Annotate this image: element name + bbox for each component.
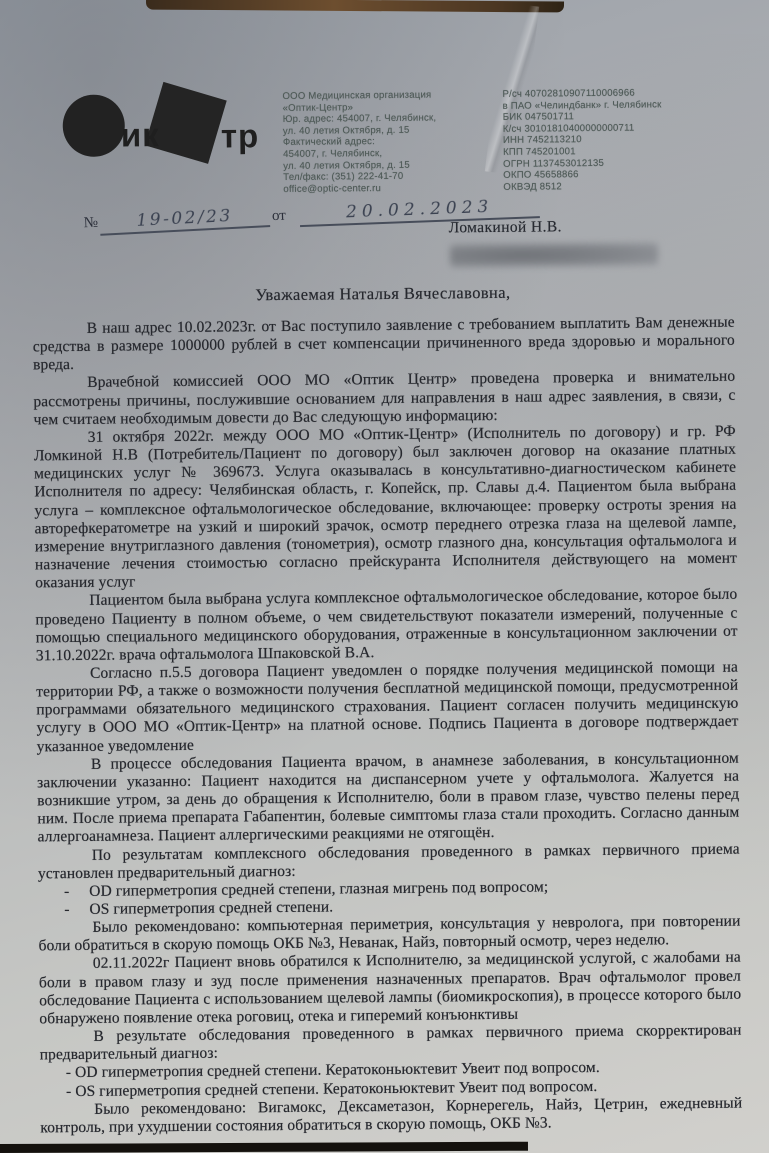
bank-line: ОКВЭД 8512 [503, 179, 723, 193]
recipient-name: Ломакиной Н.В. [449, 218, 562, 237]
paragraph-service-performed: Пациентом была выбрана услуга комплексно… [35, 586, 738, 665]
org-email: office@optic-center.ru [283, 182, 488, 196]
optic-center-logo: ик тр [58, 87, 269, 169]
organization-details: ООО Медицинская организация «Оптик-Центр… [282, 89, 488, 195]
paragraph-claim-received: В наш адрес 10.02.2023г. от Вас поступил… [33, 314, 735, 375]
letter-body: В наш адрес 10.02.2023г. от Вас поступил… [33, 314, 743, 1138]
logo-text-ik: ик [121, 116, 160, 154]
bank-details: Р/сч 40702810907110006966 в ПАО «Челиндб… [502, 87, 723, 193]
photographed-letter: ик тр ООО Медицинская организация «Оптик… [0, 0, 769, 1153]
salutation: Уважаемая Наталья Вячеславовна, [0, 280, 767, 307]
paragraph-contract-details: 31 октября 2022г. между ООО МО «Оптик-Це… [34, 423, 738, 593]
letter-content: ик тр ООО Медицинская организация «Оптик… [0, 0, 769, 1153]
paragraph-commission-review: Врачебной комиссией ООО МО «Оптик Центр»… [33, 368, 735, 429]
paragraph-anamnesis: В процессе обследования Пациента врачом,… [37, 749, 740, 847]
letterhead: ик тр ООО Медицинская организация «Оптик… [0, 0, 766, 204]
ref-number-handwritten: 19-02/23 [100, 204, 271, 236]
ref-number-label: № [81, 215, 100, 236]
logo-text-tr: тр [221, 117, 260, 155]
ref-from-label: от [270, 208, 289, 229]
paragraph-second-visit: 02.11.2022г Пациент вновь обратился к Ис… [39, 949, 742, 1028]
paragraph-contract-clause: Согласно п.5.5 договора Пациент уведомле… [36, 659, 739, 757]
redacted-address-bar [450, 242, 658, 267]
logo-circle-icon [62, 94, 125, 157]
paragraph-recommendations-2: Было рекомендовано: Вигамокс, Дексаметаз… [40, 1094, 742, 1137]
